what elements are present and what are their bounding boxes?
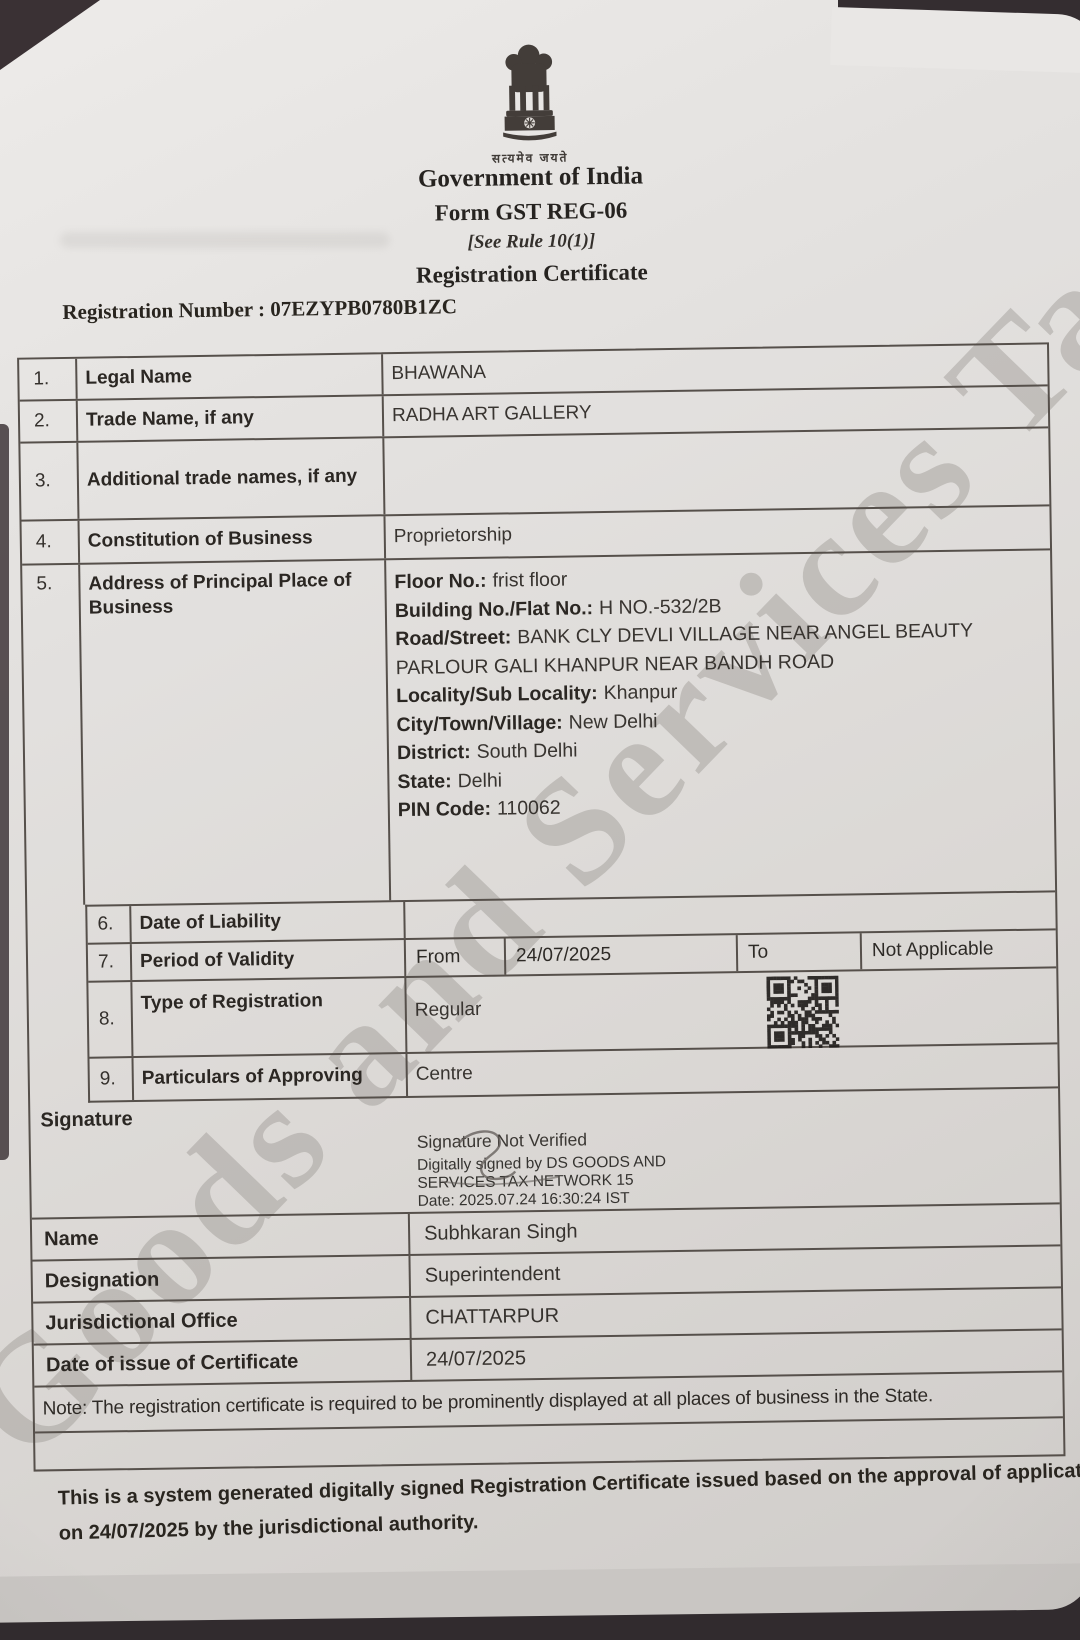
table-row-additional-trade-names: 3. Additional trade names, if any [20, 428, 1049, 521]
row-value: RADHA ART GALLERY [384, 386, 1049, 436]
photo-background-left [0, 424, 9, 1160]
row-label: Jurisdictional Office [33, 1298, 412, 1344]
table-row-principal-address: 5. Address of Principal Place of Busines… [22, 550, 1055, 905]
certificate-table: 1. Legal Name BHAWANA 2. Trade Name, if … [17, 342, 1065, 1471]
row-value: Proprietorship [385, 506, 1050, 558]
row-label: Particulars of Approving [133, 1054, 408, 1100]
row-label: Legal Name [77, 354, 384, 399]
row-number: 9. [89, 1058, 134, 1101]
row-value: Floor No.:frist floor Building No./Flat … [386, 550, 1055, 900]
table-row-type-of-registration: 8. Type of Registration Regular [88, 968, 1057, 1058]
row-value [384, 428, 1049, 514]
address-line: Road/Street:BANK CLY DEVLI VILLAGE NEAR … [395, 616, 1044, 683]
row-label: Address of Principal Place of Business [80, 560, 391, 905]
certificate-document: सत्यमेव जयते Government of India Form GS… [0, 0, 1080, 1640]
registration-number-value: 07EZYPB0780B1ZC [270, 294, 457, 321]
validity-to-label: To [738, 933, 863, 971]
row-number: 3. [20, 443, 79, 520]
row-value: CHATTARPUR [411, 1288, 1062, 1338]
row-number: 1. [19, 359, 78, 400]
row-label: Date of issue of Certificate [34, 1340, 413, 1386]
row-label: Additional trade names, if any [78, 438, 385, 519]
paper-sheet: Goods and Services Tax [0, 0, 1080, 1640]
row-value: Regular [406, 968, 1057, 1052]
address-block: Floor No.:frist floor Building No./Flat … [394, 559, 1046, 825]
system-generated-note: This is a system generated digitally sig… [58, 1459, 1080, 1545]
registration-type-value: Regular [415, 999, 482, 1022]
detail-table: 6. Date of Liability 7. Period of Validi… [85, 890, 1058, 1102]
row-value: 24/07/2025 [412, 1330, 1063, 1380]
validity-to-value: Not Applicable [862, 930, 1057, 969]
row-label: Trade Name, if any [78, 396, 385, 441]
row-number: 7. [88, 944, 133, 981]
row-label: Period of Validity [132, 940, 407, 980]
row-value: BHAWANA [383, 344, 1048, 394]
qr-code-image [766, 976, 839, 1049]
signature-heading: Signature [40, 1108, 133, 1132]
paper-corner-top-right [830, 7, 1080, 73]
national-emblem-icon [489, 128, 571, 146]
registration-number-line: Registration Number : 07EZYPB0780B1ZC [62, 294, 457, 325]
row-value: Superintendent [410, 1246, 1061, 1296]
row-number: 2. [20, 401, 79, 442]
row-label: Designation [32, 1256, 411, 1302]
row-label: Date of Liability [131, 902, 406, 942]
photo-stage: Goods and Services Tax [0, 0, 1080, 1640]
row-number: 8. [88, 982, 133, 1057]
row-number: 5. [22, 565, 85, 906]
row-label: Constitution of Business [80, 516, 387, 563]
signature-scribble-icon [437, 1126, 568, 1207]
validity-from-date: 24/07/2025 [506, 935, 739, 974]
validity-from-label: From [406, 939, 507, 976]
row-label: Type of Registration [132, 978, 407, 1056]
row-number: 4. [22, 521, 81, 564]
row-number: 6. [87, 906, 132, 943]
registration-number-label: Registration Number : [62, 297, 265, 324]
row-value: Centre [407, 1044, 1058, 1096]
certificate-title: Registration Certificate [0, 253, 1072, 295]
row-label: Name [32, 1214, 411, 1260]
